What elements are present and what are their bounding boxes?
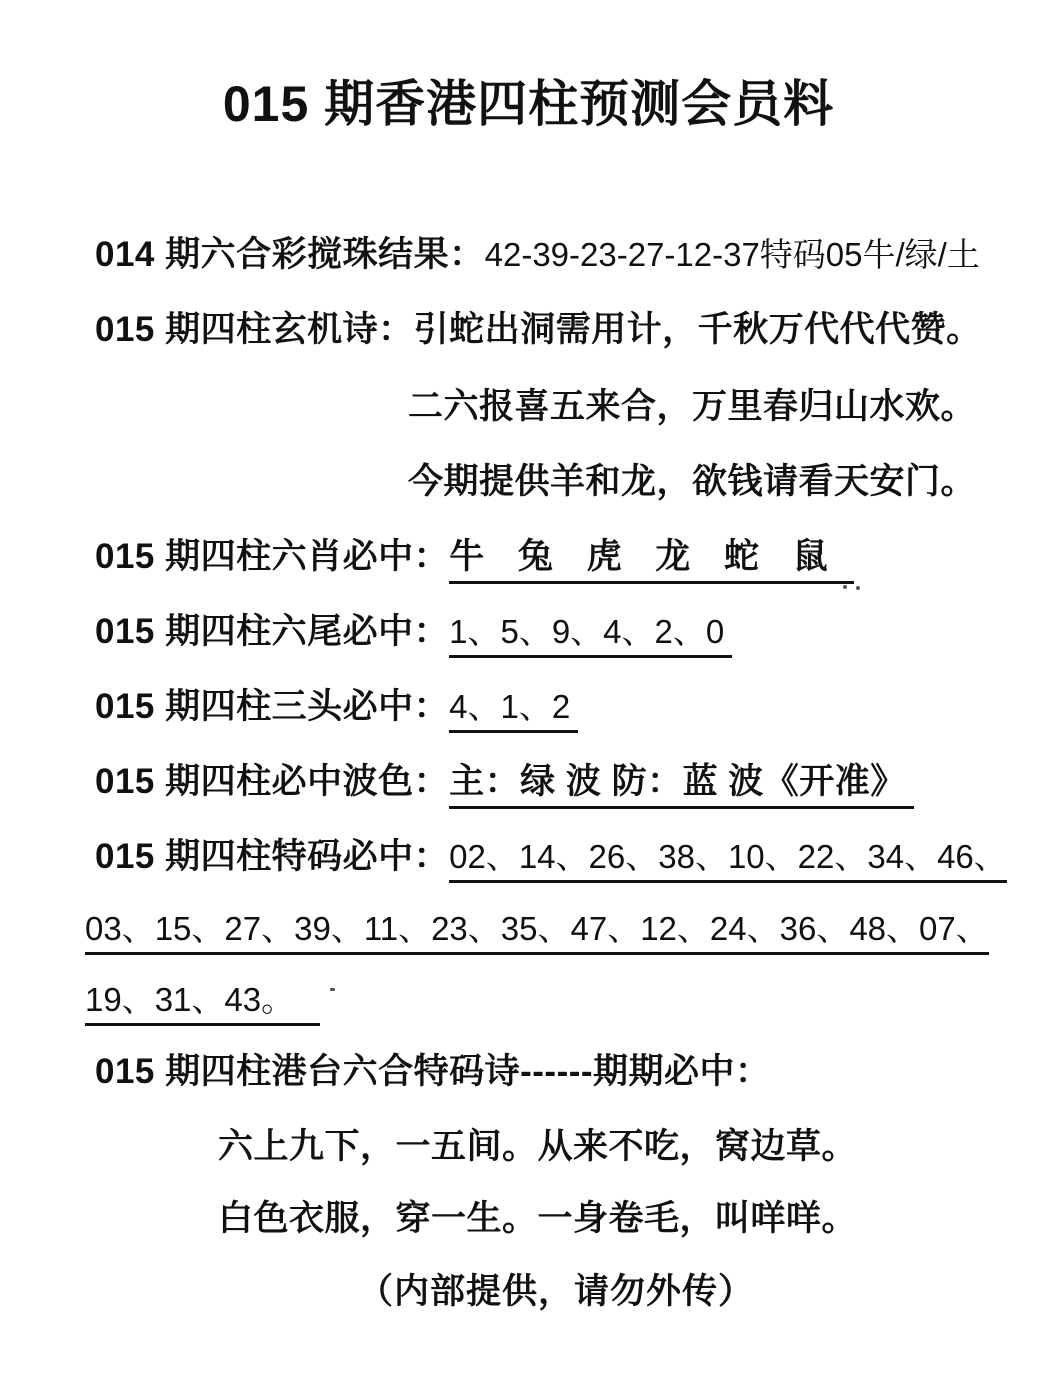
- page-title: 015 期香港四柱预测会员料: [0, 64, 1057, 136]
- mystic-poem-line-2: 二六报喜五来合，万里春归山水欢。: [408, 387, 976, 426]
- special-poem-label: 015 期四柱港台六合特码诗------期期必中：: [95, 1052, 771, 1091]
- wave-color-label: 015 期四柱必中波色：: [95, 762, 449, 801]
- special-poem-row-2: 白色衣服，穿一生。一身卷毛，叫咩咩。: [218, 1196, 857, 1242]
- special-numbers-row-3: 19、31、43。: [85, 977, 320, 1023]
- scan-speck-dot: [330, 988, 335, 991]
- internal-notice: （内部提供，请勿外传）: [358, 1264, 754, 1314]
- special-numbers-row-1: 015 期四柱特码必中：02、14、26、38、10、22、34、46、: [95, 834, 1007, 880]
- special-numbers-line-2: 03、15、27、39、11、23、35、47、12、24、36、48、07、: [85, 910, 989, 955]
- six-zodiac-row: 015 期四柱六肖必中：牛 兔 虎 龙 蛇 鼠: [95, 534, 854, 580]
- last-draw-result-row: 014 期六合彩搅珠结果：42-39-23-27-12-37特码05牛/绿/土: [95, 232, 980, 278]
- scan-speck-dot: [843, 585, 847, 589]
- special-poem-row: 015 期四柱港台六合特码诗------期期必中：: [95, 1049, 771, 1095]
- six-zodiac-label: 015 期四柱六肖必中：: [95, 537, 449, 576]
- special-poem-line-2: 白色衣服，穿一生。一身卷毛，叫咩咩。: [218, 1199, 857, 1238]
- wave-color-row: 015 期四柱必中波色：主：绿 波 防：蓝 波《开准》: [95, 759, 914, 805]
- scan-speck-dot: [856, 586, 860, 590]
- special-numbers-row-2: 03、15、27、39、11、23、35、47、12、24、36、48、07、: [85, 906, 989, 952]
- three-heads-value: 4、1、2: [449, 688, 578, 733]
- three-heads-label: 015 期四柱三头必中：: [95, 687, 449, 726]
- mystic-poem-row-2: 二六报喜五来合，万里春归山水欢。: [408, 384, 976, 430]
- wave-color-value: 主：绿 波 防：蓝 波《开准》: [449, 762, 914, 809]
- special-numbers-line-1: 02、14、26、38、10、22、34、46、: [449, 838, 1007, 883]
- six-tails-row: 015 期四柱六尾必中：1、5、9、4、2、0: [95, 609, 732, 655]
- three-heads-row: 015 期四柱三头必中：4、1、2: [95, 684, 578, 730]
- special-poem-line-1: 六上九下，一五间。从来不吃，窝边草。: [218, 1127, 857, 1166]
- six-tails-label: 015 期四柱六尾必中：: [95, 612, 449, 651]
- special-numbers-line-3: 19、31、43。: [85, 981, 320, 1026]
- six-tails-value: 1、5、9、4、2、0: [449, 613, 732, 658]
- mystic-poem-label: 015 期四柱玄机诗：: [95, 310, 414, 349]
- last-draw-result-value: 42-39-23-27-12-37特码05牛/绿/土: [485, 236, 980, 273]
- special-poem-row-1: 六上九下，一五间。从来不吃，窝边草。: [218, 1124, 857, 1170]
- special-numbers-label: 015 期四柱特码必中：: [95, 837, 449, 876]
- mystic-poem-line-1: 引蛇出洞需用计，千秋万代代代赞。: [414, 310, 982, 349]
- mystic-poem-line-3: 今期提供羊和龙，欲钱请看天安门。: [408, 462, 976, 501]
- last-draw-result-label: 014 期六合彩搅珠结果：: [95, 235, 485, 274]
- mystic-poem-row-1: 015 期四柱玄机诗：引蛇出洞需用计，千秋万代代代赞。: [95, 307, 982, 353]
- six-zodiac-value: 牛 兔 虎 龙 蛇 鼠: [449, 537, 854, 584]
- mystic-poem-row-3: 今期提供羊和龙，欲钱请看天安门。: [408, 459, 976, 505]
- document-page: 015 期香港四柱预测会员料 014 期六合彩搅珠结果：42-39-23-27-…: [0, 0, 1057, 1388]
